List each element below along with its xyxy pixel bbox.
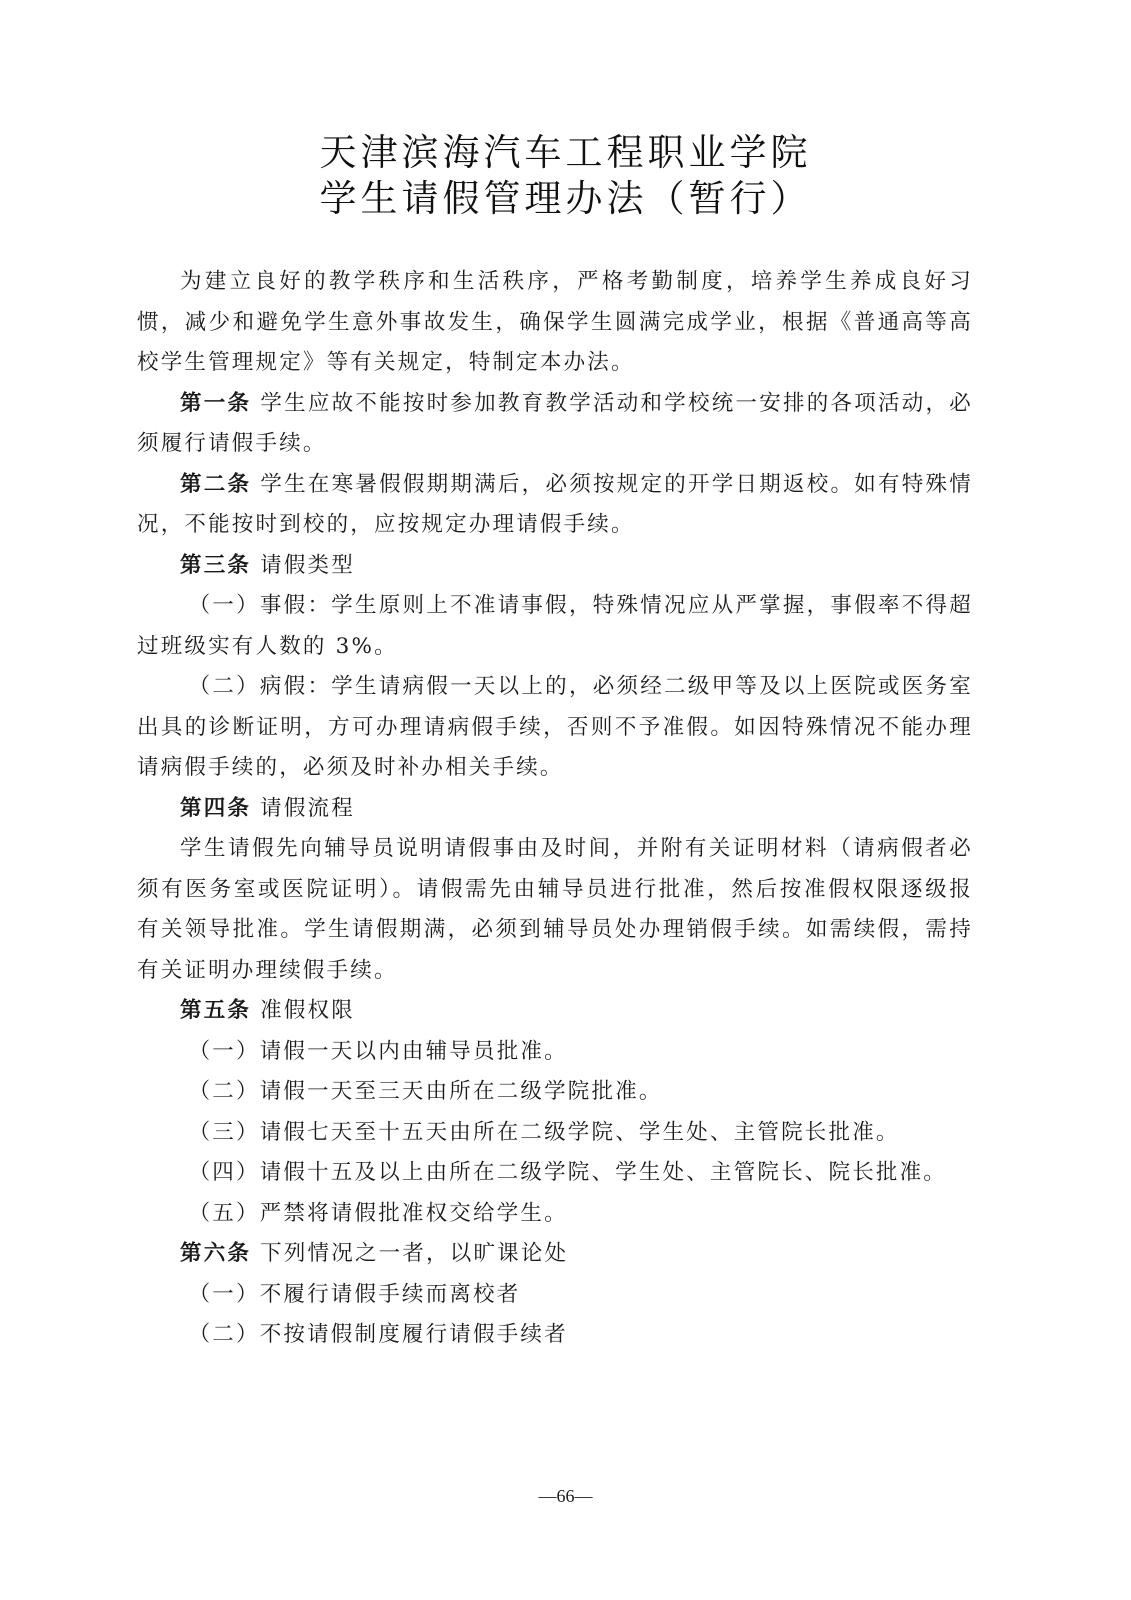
page-number: —66— — [0, 1486, 1131, 1507]
document-body: 为建立良好的教学秩序和生活秩序，严格考勤制度，培养学生养成良好习惯，减少和避免学… — [137, 262, 973, 1356]
article-text: 学生应故不能按时参加教育教学活动和学校统一安排的各项活动，必须履行请假手续。 — [137, 391, 973, 457]
article-label: 第五条 — [180, 998, 251, 1023]
article-label: 第二条 — [180, 472, 251, 497]
article-label: 第四条 — [180, 796, 251, 821]
article-5: 第五条 准假权限 — [137, 991, 973, 1032]
list-item: （四）请假十五及以上由所在二级学院、学生处、主管院长、院长批准。 — [137, 1153, 973, 1194]
article-3: 第三条 请假类型 — [137, 546, 973, 587]
article-heading: 准假权限 — [260, 998, 355, 1023]
document-title: 天津滨海汽车工程职业学院 学生请假管理办法（暂行） — [0, 130, 1131, 222]
title-line-2: 学生请假管理办法（暂行） — [0, 176, 1131, 222]
list-item: （二）不按请假制度履行请假手续者 — [137, 1315, 973, 1356]
list-item: （二）请假一天至三天由所在二级学院批准。 — [137, 1072, 973, 1113]
article-heading: 下列情况之一者，以旷课论处 — [260, 1241, 568, 1266]
list-item: （一）不履行请假手续而离校者 — [137, 1275, 973, 1316]
article-heading: 请假流程 — [260, 796, 355, 821]
article-2: 第二条 学生在寒暑假假期期满后，必须按规定的开学日期返校。如有特殊情况，不能按时… — [137, 465, 973, 546]
list-item: （二）病假：学生请病假一天以上的，必须经二级甲等及以上医院或医务室出具的诊断证明… — [137, 667, 973, 789]
article-text: 学生在寒暑假假期期满后，必须按规定的开学日期返校。如有特殊情况，不能按时到校的，… — [137, 472, 973, 538]
article-4: 第四条 请假流程 — [137, 789, 973, 830]
article-label: 第六条 — [180, 1241, 251, 1266]
list-item: （五）严禁将请假批准权交给学生。 — [137, 1194, 973, 1235]
list-item: （三）请假七天至十五天由所在二级学院、学生处、主管院长批准。 — [137, 1113, 973, 1154]
title-line-1: 天津滨海汽车工程职业学院 — [0, 130, 1131, 176]
article-label: 第三条 — [180, 553, 251, 578]
article-1: 第一条 学生应故不能按时参加教育教学活动和学校统一安排的各项活动，必须履行请假手… — [137, 384, 973, 465]
article-heading: 请假类型 — [260, 553, 355, 578]
article-6: 第六条 下列情况之一者，以旷课论处 — [137, 1234, 973, 1275]
list-item: （一）请假一天以内由辅导员批准。 — [137, 1032, 973, 1073]
preamble: 为建立良好的教学秩序和生活秩序，严格考勤制度，培养学生养成良好习惯，减少和避免学… — [137, 262, 973, 384]
list-item: 学生请假先向辅导员说明请假事由及时间，并附有关证明材料（请病假者必须有医务室或医… — [137, 829, 973, 991]
article-label: 第一条 — [180, 391, 251, 416]
list-item: （一）事假：学生原则上不准请事假，特殊情况应从严掌握，事假率不得超过班级实有人数… — [137, 586, 973, 667]
